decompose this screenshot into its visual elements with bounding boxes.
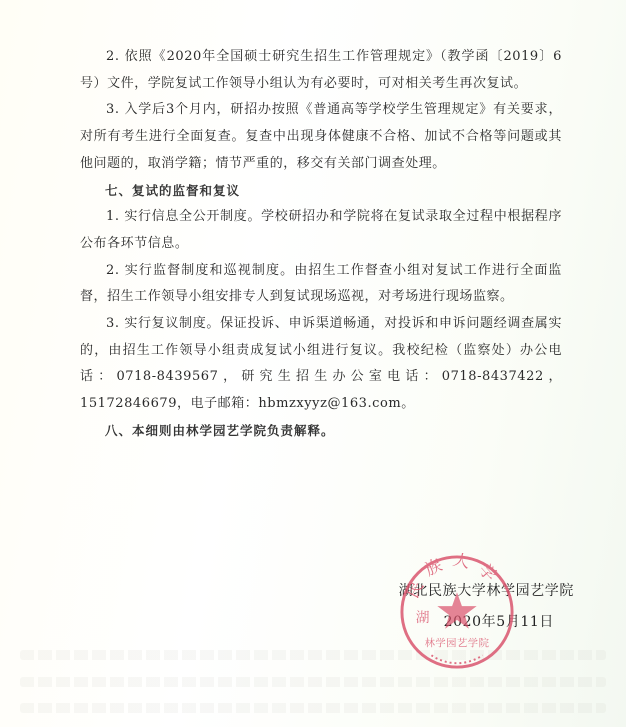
- section-heading-interpretation: 八、本细则由林学园艺学院负责解释。: [80, 418, 562, 445]
- svg-text:湖: 湖: [416, 610, 430, 626]
- document-body: 2. 依照《2020年全国硕士研究生招生工作管理规定》（教学函〔2019〕6号）…: [80, 44, 562, 445]
- signature-date: 2020年5月11日: [444, 611, 554, 631]
- paragraph-enrollment-review: 3. 入学后3个月内，研招办按照《普通高等学校学生管理规定》有关要求，对所有考生…: [80, 97, 562, 177]
- bleed-through-line: [20, 677, 606, 687]
- signature-organization: 湖北民族大学林学园艺学院: [399, 580, 574, 600]
- svg-text:林学园艺学院: 林学园艺学院: [425, 636, 490, 649]
- document-page: 2. 依照《2020年全国硕士研究生招生工作管理规定》（教学函〔2019〕6号）…: [0, 0, 626, 727]
- paragraph-supervision-system: 2. 实行监督制度和巡视制度。由招生工作督查小组对复试工作进行全面监督，招生工作…: [80, 258, 562, 311]
- paragraph-reexam-basis: 2. 依照《2020年全国硕士研究生招生工作管理规定》（教学函〔2019〕6号）…: [80, 44, 562, 97]
- paragraph-info-disclosure: 1. 实行信息全公开制度。学校研招办和学院将在复试录取全过程中根据程序公布各环节…: [80, 204, 562, 257]
- bleed-through-line: [20, 703, 606, 713]
- paragraph-review-system: 3. 实行复议制度。保证投诉、申诉渠道畅通，对投诉和申诉问题经调查属实的，由招生…: [80, 311, 562, 418]
- bleed-through-line: [20, 650, 606, 660]
- section-heading-supervision: 七、复试的监督和复议: [80, 178, 562, 205]
